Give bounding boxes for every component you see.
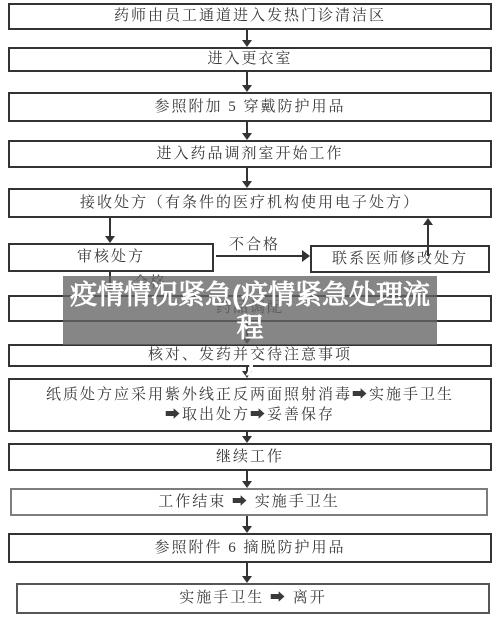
arrow-down-icon <box>242 122 252 140</box>
watermark-title-line2: ) <box>63 345 437 378</box>
step-box-changing-room: 进入更衣室 <box>8 47 492 72</box>
step-box-continue-work: 继续工作 <box>8 443 492 471</box>
watermark-overlay: 疫情情况紧急(疫情紧急处理流程 ) <box>63 276 437 345</box>
step-box-review-prescription: 审核处方 <box>8 243 214 272</box>
step-box-remove-ppe: 参照附件 6 摘脱防护用品 <box>8 533 492 563</box>
arrow-down-icon <box>242 516 252 533</box>
arrow-up-icon <box>423 218 433 256</box>
watermark-title-line1: 疫情情况紧急(疫情紧急处理流程 <box>63 279 437 345</box>
step-box-leave: 实施手卫生 ➡ 离开 <box>16 583 490 614</box>
flowchart-canvas: 药师由员工通道进入发热门诊清洁区 进入更衣室 参照附加 5 穿戴防护用品 进入药… <box>0 0 500 621</box>
step-box-start-work: 进入药品调剂室开始工作 <box>8 140 492 168</box>
uv-disinfect-line2: ➡取出处方➡妥善保存 <box>10 405 490 425</box>
arrow-down-icon <box>242 168 252 188</box>
uv-disinfect-line1: 纸质处方应采用紫外线正反两面照射消毒➡实施手卫生 <box>10 385 490 405</box>
step-box-receive-prescription: 接收处方（有条件的医疗机构使用电子处方） <box>8 188 492 218</box>
arrow-down-icon <box>242 563 252 583</box>
step-box-enter-clean-area: 药师由员工通道进入发热门诊清洁区 <box>8 3 492 30</box>
arrow-down-icon <box>242 72 252 92</box>
arrow-right-icon <box>216 250 310 262</box>
step-box-wear-ppe: 参照附加 5 穿戴防护用品 <box>8 92 492 122</box>
step-box-uv-disinfect: 纸质处方应采用紫外线正反两面照射消毒➡实施手卫生 ➡取出处方➡妥善保存 <box>8 378 492 432</box>
arrow-down-icon <box>105 218 115 243</box>
arrow-down-icon <box>242 471 252 488</box>
step-box-end-work: 工作结束 ➡ 实施手卫生 <box>10 488 488 516</box>
arrow-down-icon <box>242 432 252 443</box>
step-box-contact-doctor: 联系医师修改处方 <box>310 245 490 273</box>
arrow-down-icon <box>242 30 252 47</box>
